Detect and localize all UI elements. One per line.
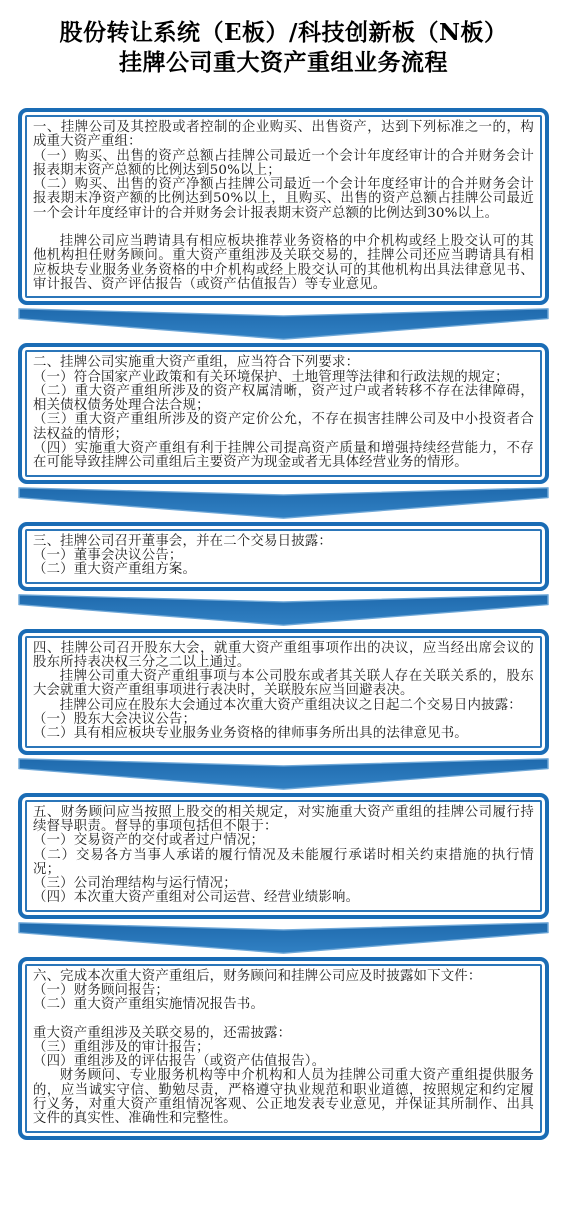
down-arrow-icon [18, 486, 549, 520]
step-paragraph: （二）购买、出售的资产净额占挂牌公司最近一个会计年度经审计的合并财务会计报表期末… [33, 178, 534, 221]
step-paragraph: 六、完成本次重大资产重组后，财务顾问和挂牌公司应及时披露如下文件： [33, 970, 534, 984]
flow-step-3: 三、挂牌公司召开董事会，并在二个交易日披露： （一）董事会决议公告； （二）重大… [18, 522, 549, 591]
flow-step-2: 二、挂牌公司实施重大资产重组，应当符合下列要求： （一）符合国家产业政策和有关环… [18, 343, 549, 483]
step-paragraph: （二）重大资产重组实施情况报告书。 [33, 998, 534, 1012]
down-arrow-icon [18, 921, 549, 955]
step-paragraph: 财务顾问、专业服务机构等中介机构和人员为挂牌公司重大资产重组提供服务的，应当诚实… [33, 1069, 534, 1126]
flow-step-6-body: 六、完成本次重大资产重组后，财务顾问和挂牌公司应及时披露如下文件： （一）财务顾… [25, 964, 542, 1133]
step-paragraph: （二）重大资产重组所涉及的资产权属清晰，资产过户或者转移不存在法律障碍，相关债权… [33, 385, 534, 414]
step-paragraph: 二、挂牌公司实施重大资产重组，应当符合下列要求： [33, 356, 534, 370]
step-paragraph: （一）符合国家产业政策和有关环境保护、土地管理等法律和行政法规的规定； [33, 371, 534, 385]
step-paragraph: （四）实施重大资产重组有利于挂牌公司提高资产质量和增强持续经营能力，不存在可能导… [33, 442, 534, 471]
step-paragraph: 四、挂牌公司召开股东大会，就重大资产重组事项作出的决议，应当经出席会议的股东所持… [33, 642, 534, 671]
step-paragraph: 挂牌公司应当聘请具有相应板块推荐业务资格的中介机构或经上股交认可的其他机构担任财… [33, 235, 534, 292]
flow-step-6: 六、完成本次重大资产重组后，财务顾问和挂牌公司应及时披露如下文件： （一）财务顾… [18, 957, 549, 1140]
step-paragraph: （二）重大资产重组方案。 [33, 563, 534, 577]
flow-step-1: 一、挂牌公司及其控股或者控制的企业购买、出售资产，达到下列标准之一的，构成重大资… [18, 108, 549, 305]
page-title-line-1: 股份转让系统（E板）/科技创新板（N板） [18, 18, 549, 48]
step-paragraph: 五、财务顾问应当按照上股交的相关规定，对实施重大资产重组的挂牌公司履行持续督导职… [33, 806, 534, 835]
flow-step-4-body: 四、挂牌公司召开股东大会，就重大资产重组事项作出的决议，应当经出席会议的股东所持… [25, 636, 542, 748]
down-arrow-icon [18, 307, 549, 341]
flow-step-3-body: 三、挂牌公司召开董事会，并在二个交易日披露： （一）董事会决议公告； （二）重大… [25, 529, 542, 584]
page-title: 股份转让系统（E板）/科技创新板（N板） 挂牌公司重大资产重组业务流程 [18, 18, 549, 78]
flow-connector [18, 305, 549, 343]
flowchart-page: 股份转让系统（E板）/科技创新板（N板） 挂牌公司重大资产重组业务流程 一、挂牌… [0, 0, 567, 1140]
step-paragraph: 挂牌公司重大资产重组事项与本公司股东或者其关联人存在关联关系的，股东大会就重大资… [33, 670, 534, 699]
flow-connector [18, 919, 549, 957]
flow-step-5: 五、财务顾问应当按照上股交的相关规定，对实施重大资产重组的挂牌公司履行持续督导职… [18, 793, 549, 919]
down-arrow-icon [18, 593, 549, 627]
flow-step-4: 四、挂牌公司召开股东大会，就重大资产重组事项作出的决议，应当经出席会议的股东所持… [18, 629, 549, 755]
step-paragraph: 重大资产重组涉及关联交易的，还需披露： [33, 1027, 534, 1041]
step-paragraph: （一）购买、出售的资产总额占挂牌公司最近一个会计年度经审计的合并财务会计报表期末… [33, 150, 534, 179]
step-paragraph: 三、挂牌公司召开董事会，并在二个交易日披露： [33, 535, 534, 549]
flow-connector [18, 591, 549, 629]
step-paragraph: （四）本次重大资产重组对公司运营、经营业绩影响。 [33, 891, 534, 905]
flow-connector [18, 755, 549, 793]
step-paragraph: 一、挂牌公司及其控股或者控制的企业购买、出售资产，达到下列标准之一的，构成重大资… [33, 121, 534, 150]
down-arrow-icon [18, 757, 549, 791]
step-paragraph: 挂牌公司应在股东大会通过本次重大资产重组决议之日起二个交易日内披露： [33, 699, 534, 713]
flow-step-2-body: 二、挂牌公司实施重大资产重组，应当符合下列要求： （一）符合国家产业政策和有关环… [25, 350, 542, 476]
step-paragraph: （一）交易资产的交付或者过户情况； [33, 834, 534, 848]
step-paragraph: （二）交易各方当事人承诺的履行情况及未能履行承诺时相关约束措施的执行情况； [33, 849, 534, 878]
page-title-line-2: 挂牌公司重大资产重组业务流程 [18, 48, 549, 78]
flow-connector [18, 484, 549, 522]
flow-step-5-body: 五、财务顾问应当按照上股交的相关规定，对实施重大资产重组的挂牌公司履行持续督导职… [25, 800, 542, 912]
step-paragraph: （二）具有相应板块专业服务业务资格的律师事务所出具的法律意见书。 [33, 727, 534, 741]
flow-step-1-body: 一、挂牌公司及其控股或者控制的企业购买、出售资产，达到下列标准之一的，构成重大资… [25, 115, 542, 298]
step-paragraph: （三）重大资产重组所涉及的资产定价公允，不存在损害挂牌公司及中小投资者合法权益的… [33, 413, 534, 442]
